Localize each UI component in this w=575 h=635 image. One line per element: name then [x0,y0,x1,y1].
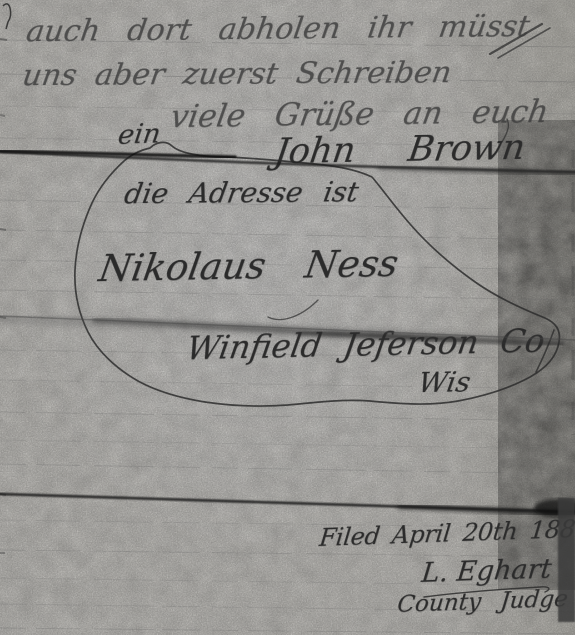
address-intro: die Adresse ist [122,175,361,210]
judge-signature: L. Eghart [420,554,553,589]
top-right-grime [540,0,575,80]
letter-line-1: auch dort abholen ihr müsst [24,9,532,49]
sender-signature: John Brown [272,128,528,172]
filed-date-line: Filed April 20th 1888 [318,515,575,552]
crease-line-bottom [0,494,575,517]
scanned-letter-page: auch dort abholen ihr müsst uns aber zue… [0,0,575,635]
address-state: Wis [416,365,473,399]
corner-mark [3,4,11,29]
letter-line-2: uns aber zuerst Schreiben [20,55,454,93]
address-name: Nikolaus Ness [96,242,401,290]
judge-title: County Judge [396,586,569,618]
address-place: Winfield Jeferson Co [184,322,548,367]
left-edge-marks [0,39,7,553]
letter-word-ein: ein [116,119,163,151]
